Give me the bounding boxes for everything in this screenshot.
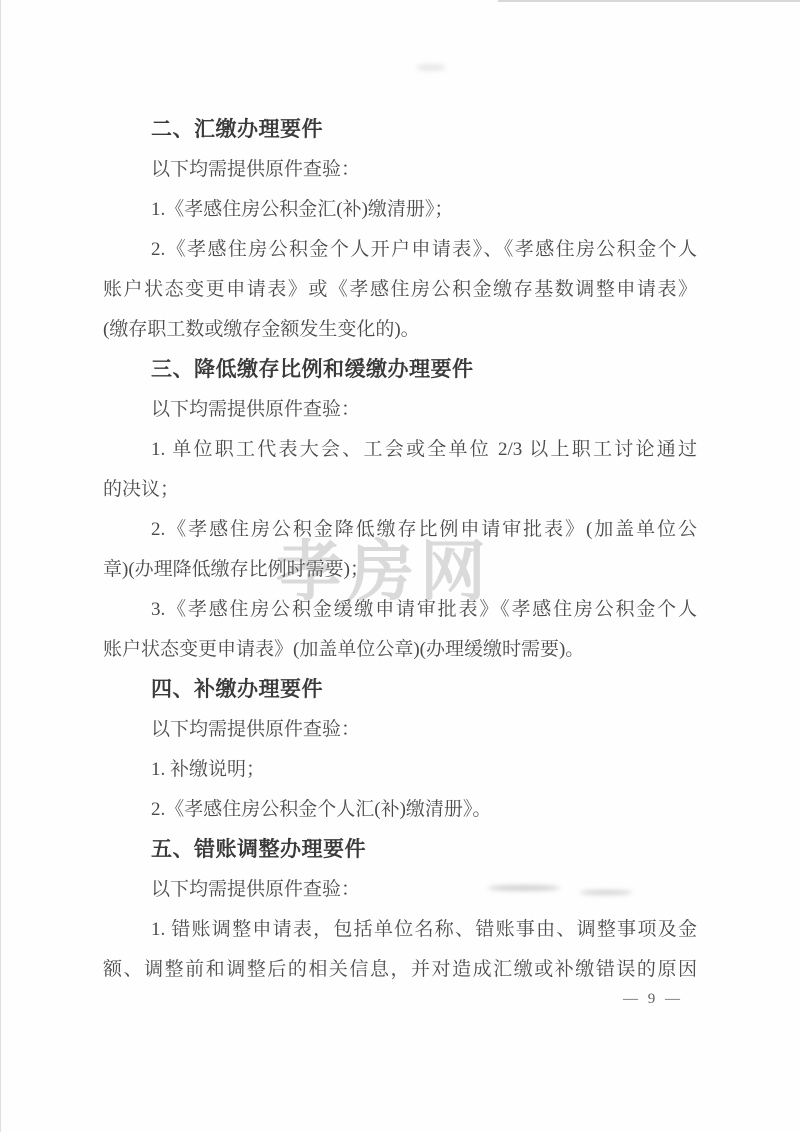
scanned-document-page: 孝房网 二、汇缴办理要件以下均需提供原件查验：1.《孝感住房公积金汇(补)缴清册… <box>0 0 800 1132</box>
doc-line: 1. 错账调整申请表，包括单位名称、错账事由、调整事项及金 <box>103 910 697 950</box>
doc-line: 3.《孝感住房公积金缓缴申请审批表》《孝感住房公积金个人 <box>103 590 697 630</box>
doc-line: 额、调整前和调整后的相关信息，并对造成汇缴或补缴错误的原因 <box>103 950 697 990</box>
doc-line: 的决议； <box>103 470 697 510</box>
doc-line: 章)(办理降低缴存比例时需要)； <box>103 550 697 590</box>
section-heading: 四、补缴办理要件 <box>103 670 697 710</box>
doc-line: 以下均需提供原件查验： <box>103 710 697 750</box>
doc-line: 1. 补缴说明； <box>103 750 697 790</box>
doc-line: 1. 单位职工代表大会、工会或全单位 2/3 以上职工讨论通过 <box>103 430 697 470</box>
doc-line: 2.《孝感住房公积金降低缴存比例申请审批表》(加盖单位公 <box>103 510 697 550</box>
doc-line: 账户状态变更申请表》或《孝感住房公积金缴存基数调整申请表》 <box>103 270 697 310</box>
section-heading: 二、汇缴办理要件 <box>103 110 697 150</box>
doc-line: 账户状态变更申请表》(加盖单位公章)(办理缓缴时需要)。 <box>103 630 697 670</box>
doc-line: 以下均需提供原件查验： <box>103 390 697 430</box>
doc-line: 2.《孝感住房公积金个人汇(补)缴清册》。 <box>103 790 697 830</box>
doc-line: 2.《孝感住房公积金个人开户申请表》、《孝感住房公积金个人 <box>103 230 697 270</box>
scan-smudge <box>416 64 446 71</box>
doc-line: 1.《孝感住房公积金汇(补)缴清册》； <box>103 190 697 230</box>
section-heading: 三、降低缴存比例和缓缴办理要件 <box>103 350 697 390</box>
doc-line: 以下均需提供原件查验： <box>103 150 697 190</box>
scan-edge-left <box>0 0 1 1132</box>
doc-line: 以下均需提供原件查验： <box>103 870 697 910</box>
document-body: 二、汇缴办理要件以下均需提供原件查验：1.《孝感住房公积金汇(补)缴清册》；2.… <box>103 110 697 990</box>
page-number: — 9 — <box>598 991 708 1008</box>
doc-line: (缴存职工数或缴存金额发生变化的)。 <box>103 310 697 350</box>
scan-edge-top <box>498 0 800 2</box>
section-heading: 五、错账调整办理要件 <box>103 830 697 870</box>
